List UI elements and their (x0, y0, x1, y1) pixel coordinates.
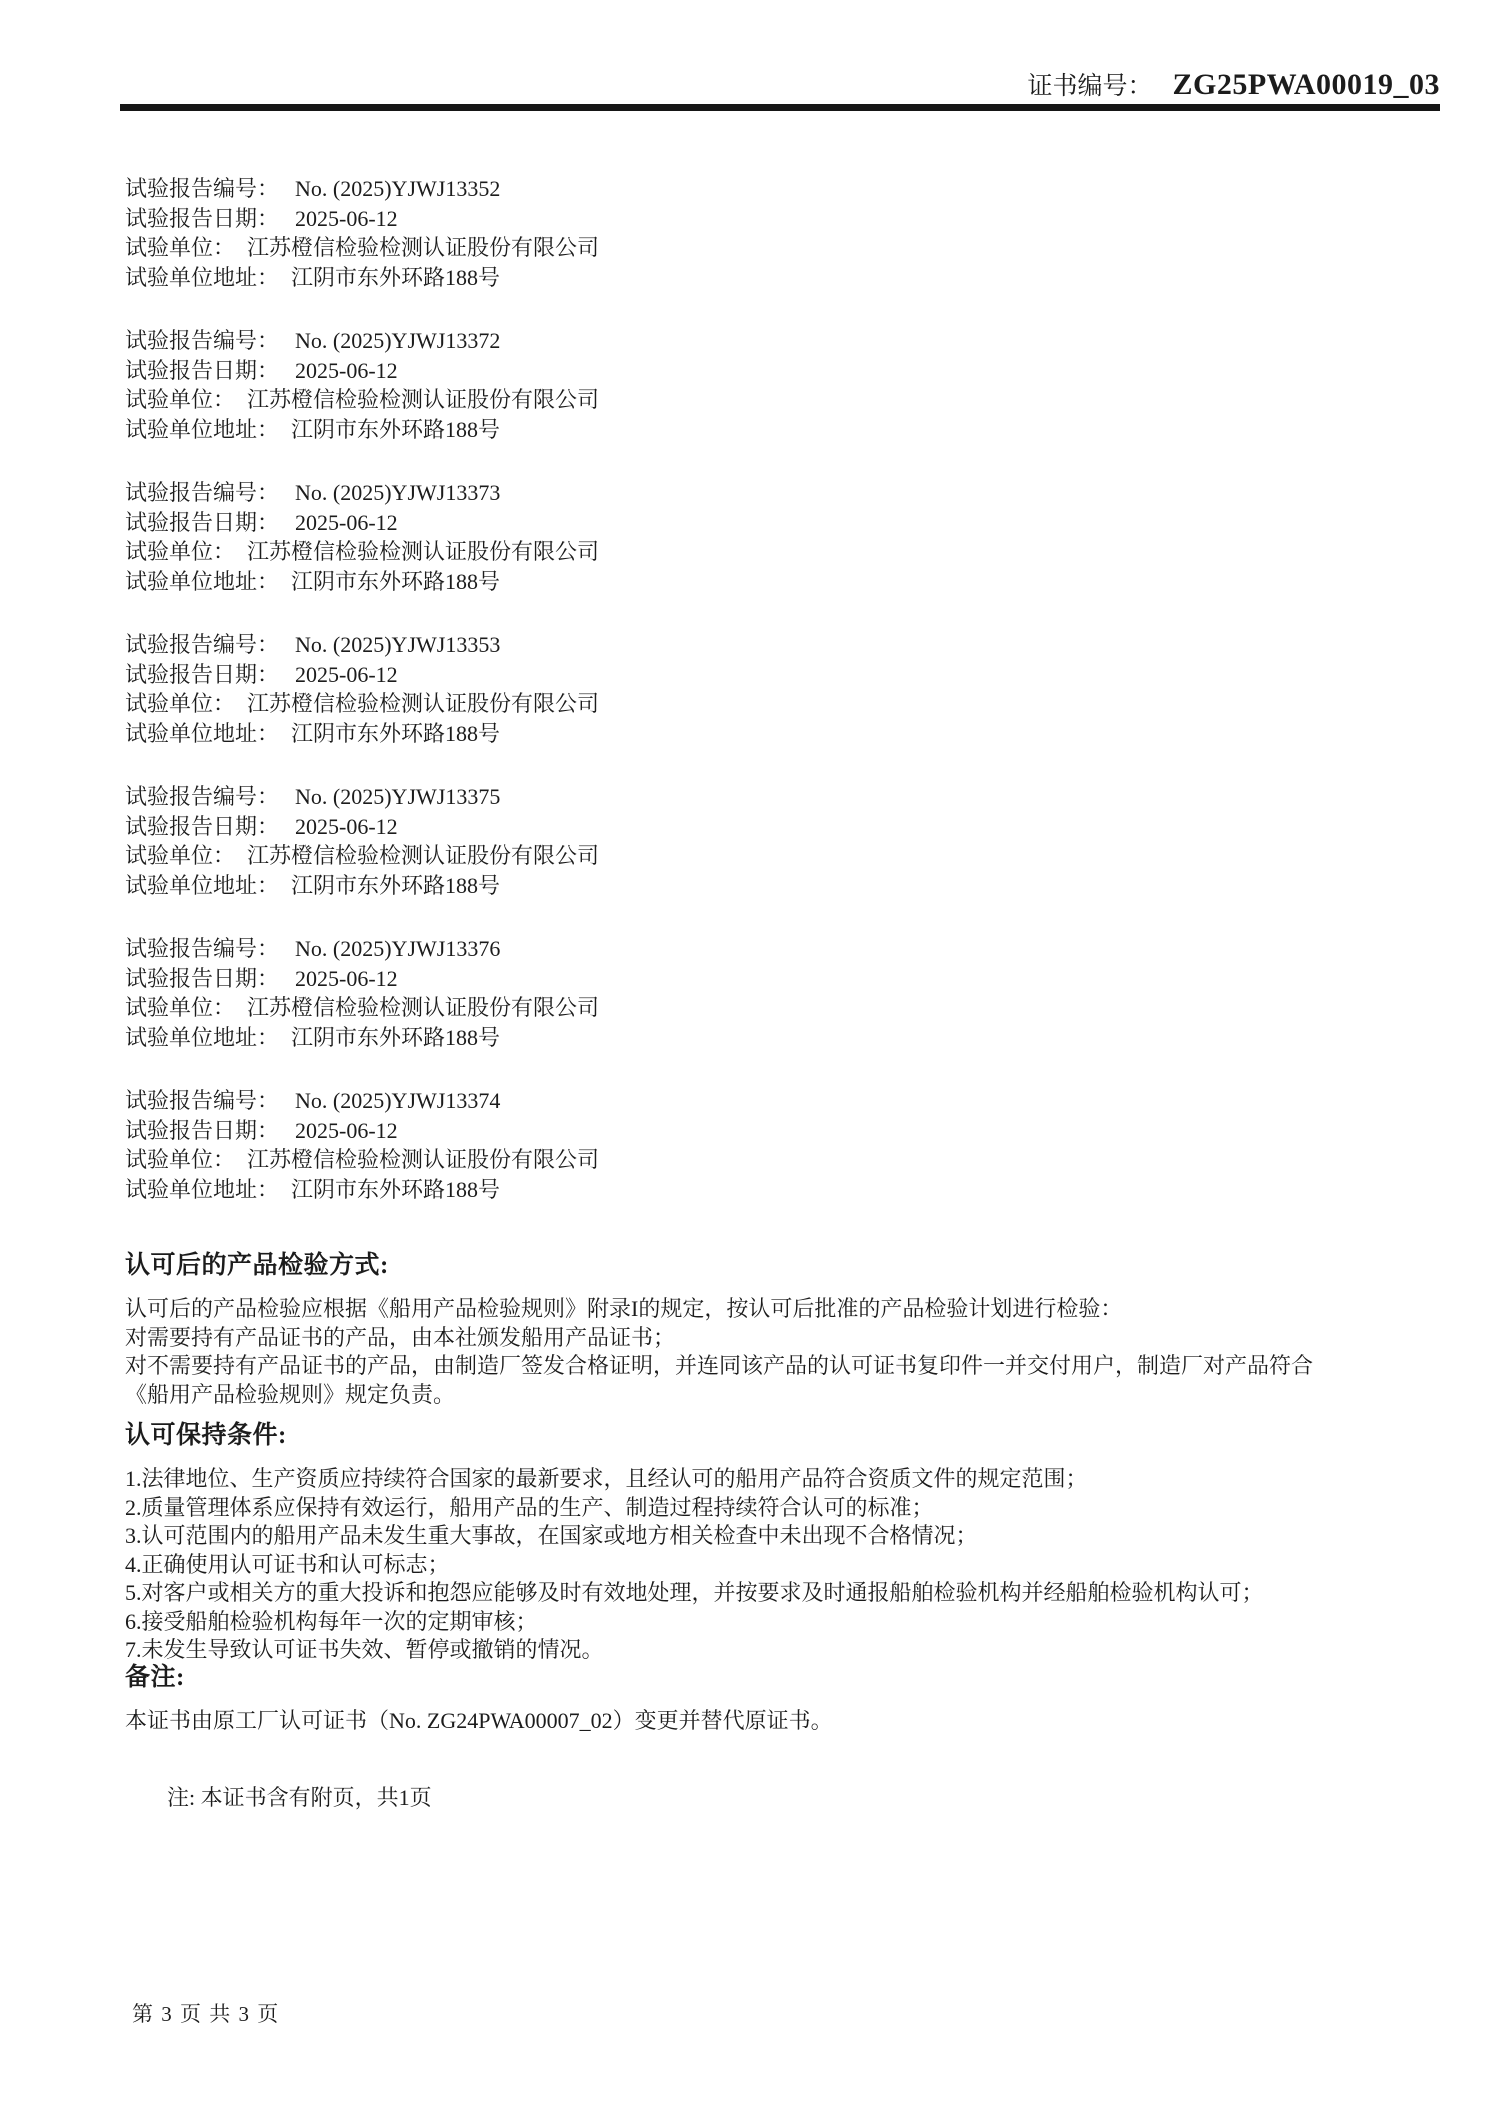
test-unit-address-value: 江阴市东外环路188号 (291, 1177, 500, 1202)
report-no-value: No. (2025)YJWJ13376 (295, 936, 500, 961)
remarks-section: 备注: 本证书由原工厂认可证书（No. ZG24PWA00007_02）变更并替… (125, 1662, 1430, 1736)
approval-conditions-section: 认可保持条件: 1.法律地位、生产资质应持续符合国家的最新要求，且经认可的船用产… (125, 1420, 1430, 1665)
report-blocks: 试验报告编号：No. (2025)YJWJ13352 试验报告日期：2025-0… (125, 174, 599, 1238)
cert-no-label: 证书编号： (1027, 66, 1152, 102)
report-block: 试验报告编号：No. (2025)YJWJ13372 试验报告日期：2025-0… (125, 326, 599, 444)
approval-conditions-title: 认可保持条件: (125, 1420, 1430, 1452)
inspection-method-section: 认可后的产品检验方式: 认可后的产品检验应根据《船用产品检验规则》附录I的规定，… (125, 1250, 1430, 1409)
report-no-line: 试验报告编号：No. (2025)YJWJ13375 (125, 782, 599, 812)
report-no-line: 试验报告编号：No. (2025)YJWJ13352 (125, 174, 599, 204)
report-date-line: 试验报告日期：2025-06-12 (125, 1116, 599, 1146)
report-block: 试验报告编号：No. (2025)YJWJ13373 试验报告日期：2025-0… (125, 478, 599, 596)
test-unit-address-line: 试验单位地址：江阴市东外环路188号 (125, 1175, 599, 1205)
report-no-label: 试验报告编号： (125, 480, 279, 505)
report-date-value: 2025-06-12 (295, 510, 398, 535)
report-no-value: No. (2025)YJWJ13374 (295, 1088, 500, 1113)
test-unit-address-label: 试验单位地址： (125, 1025, 279, 1050)
test-unit-value: 江苏橙信检验检测认证股份有限公司 (247, 843, 599, 868)
attachment-note: 注: 本证书含有附页，共1页 (167, 1781, 432, 1812)
test-unit-label: 试验单位： (125, 235, 235, 260)
test-unit-line: 试验单位：江苏橙信检验检测认证股份有限公司 (125, 993, 599, 1023)
report-date-line: 试验报告日期：2025-06-12 (125, 660, 599, 690)
test-unit-label: 试验单位： (125, 539, 235, 564)
test-unit-value: 江苏橙信检验检测认证股份有限公司 (247, 235, 599, 260)
test-unit-address-label: 试验单位地址： (125, 1177, 279, 1202)
inspection-method-title: 认可后的产品检验方式: (125, 1250, 1430, 1282)
report-no-label: 试验报告编号： (125, 328, 279, 353)
report-no-label: 试验报告编号： (125, 176, 279, 201)
report-date-value: 2025-06-12 (295, 1118, 398, 1143)
approval-condition-item: 4.正确使用认可证书和认可标志； (125, 1551, 1430, 1580)
cert-no-value: ZG25PWA00019_03 (1172, 68, 1440, 102)
test-unit-label: 试验单位： (125, 691, 235, 716)
report-no-value: No. (2025)YJWJ13375 (295, 784, 500, 809)
test-unit-address-label: 试验单位地址： (125, 721, 279, 746)
approval-condition-item: 3.认可范围内的船用产品未发生重大事故，在国家或地方相关检查中未出现不合格情况； (125, 1522, 1430, 1551)
page-number: 第 3 页 共 3 页 (132, 1998, 280, 2028)
test-unit-address-label: 试验单位地址： (125, 873, 279, 898)
report-no-line: 试验报告编号：No. (2025)YJWJ13374 (125, 1086, 599, 1116)
test-unit-label: 试验单位： (125, 1147, 235, 1172)
report-no-label: 试验报告编号： (125, 784, 279, 809)
header-rule (120, 104, 1440, 111)
report-no-line: 试验报告编号：No. (2025)YJWJ13372 (125, 326, 599, 356)
certificate-page: 证书编号： ZG25PWA00019_03 试验报告编号：No. (2025)Y… (0, 0, 1500, 2123)
test-unit-address-value: 江阴市东外环路188号 (291, 265, 500, 290)
report-date-label: 试验报告日期： (125, 510, 279, 535)
test-unit-value: 江苏橙信检验检测认证股份有限公司 (247, 539, 599, 564)
test-unit-address-line: 试验单位地址：江阴市东外环路188号 (125, 1023, 599, 1053)
report-no-line: 试验报告编号：No. (2025)YJWJ13353 (125, 630, 599, 660)
test-unit-label: 试验单位： (125, 843, 235, 868)
report-date-value: 2025-06-12 (295, 814, 398, 839)
test-unit-line: 试验单位：江苏橙信检验检测认证股份有限公司 (125, 385, 599, 415)
approval-condition-item: 7.未发生导致认可证书失效、暂停或撤销的情况。 (125, 1636, 1430, 1665)
test-unit-address-line: 试验单位地址：江阴市东外环路188号 (125, 871, 599, 901)
report-no-value: No. (2025)YJWJ13373 (295, 480, 500, 505)
test-unit-label: 试验单位： (125, 387, 235, 412)
test-unit-value: 江苏橙信检验检测认证股份有限公司 (247, 691, 599, 716)
test-unit-address-value: 江阴市东外环路188号 (291, 873, 500, 898)
test-unit-address-line: 试验单位地址：江阴市东外环路188号 (125, 719, 599, 749)
report-date-value: 2025-06-12 (295, 662, 398, 687)
report-date-line: 试验报告日期：2025-06-12 (125, 964, 599, 994)
test-unit-line: 试验单位：江苏橙信检验检测认证股份有限公司 (125, 841, 599, 871)
approval-condition-item: 5.对客户或相关方的重大投诉和抱怨应能够及时有效地处理，并按要求及时通报船舶检验… (125, 1579, 1430, 1608)
test-unit-line: 试验单位：江苏橙信检验检测认证股份有限公司 (125, 537, 599, 567)
report-block: 试验报告编号：No. (2025)YJWJ13376 试验报告日期：2025-0… (125, 934, 599, 1052)
report-date-label: 试验报告日期： (125, 966, 279, 991)
test-unit-line: 试验单位：江苏橙信检验检测认证股份有限公司 (125, 689, 599, 719)
report-no-label: 试验报告编号： (125, 632, 279, 657)
report-date-label: 试验报告日期： (125, 662, 279, 687)
approval-condition-item: 6.接受船舶检验机构每年一次的定期审核； (125, 1608, 1430, 1637)
report-block: 试验报告编号：No. (2025)YJWJ13353 试验报告日期：2025-0… (125, 630, 599, 748)
test-unit-address-value: 江阴市东外环路188号 (291, 721, 500, 746)
report-block: 试验报告编号：No. (2025)YJWJ13375 试验报告日期：2025-0… (125, 782, 599, 900)
report-date-label: 试验报告日期： (125, 1118, 279, 1143)
test-unit-address-value: 江阴市东外环路188号 (291, 417, 500, 442)
test-unit-address-line: 试验单位地址：江阴市东外环路188号 (125, 415, 599, 445)
test-unit-address-label: 试验单位地址： (125, 265, 279, 290)
report-date-label: 试验报告日期： (125, 206, 279, 231)
report-date-value: 2025-06-12 (295, 206, 398, 231)
report-date-label: 试验报告日期： (125, 814, 279, 839)
test-unit-value: 江苏橙信检验检测认证股份有限公司 (247, 995, 599, 1020)
inspection-method-line: 《船用产品检验规则》规定负责。 (125, 1381, 1430, 1410)
report-no-value: No. (2025)YJWJ13372 (295, 328, 500, 353)
remarks-title: 备注: (125, 1662, 1430, 1694)
report-date-line: 试验报告日期：2025-06-12 (125, 508, 599, 538)
test-unit-address-label: 试验单位地址： (125, 569, 279, 594)
test-unit-line: 试验单位：江苏橙信检验检测认证股份有限公司 (125, 1145, 599, 1175)
report-no-line: 试验报告编号：No. (2025)YJWJ13373 (125, 478, 599, 508)
report-no-label: 试验报告编号： (125, 936, 279, 961)
report-block: 试验报告编号：No. (2025)YJWJ13374 试验报告日期：2025-0… (125, 1086, 599, 1204)
inspection-method-line: 认可后的产品检验应根据《船用产品检验规则》附录I的规定，按认可后批准的产品检验计… (125, 1295, 1430, 1324)
approval-condition-item: 1.法律地位、生产资质应持续符合国家的最新要求，且经认可的船用产品符合资质文件的… (125, 1465, 1430, 1494)
report-no-value: No. (2025)YJWJ13353 (295, 632, 500, 657)
test-unit-address-label: 试验单位地址： (125, 417, 279, 442)
test-unit-value: 江苏橙信检验检测认证股份有限公司 (247, 1147, 599, 1172)
report-date-line: 试验报告日期：2025-06-12 (125, 204, 599, 234)
remarks-body: 本证书由原工厂认可证书（No. ZG24PWA00007_02）变更并替代原证书… (125, 1707, 1430, 1736)
report-date-value: 2025-06-12 (295, 966, 398, 991)
approval-condition-item: 2.质量管理体系应保持有效运行，船用产品的生产、制造过程持续符合认可的标准； (125, 1494, 1430, 1523)
test-unit-address-line: 试验单位地址：江阴市东外环路188号 (125, 263, 599, 293)
inspection-method-line: 对不需要持有产品证书的产品，由制造厂签发合格证明，并连同该产品的认可证书复印件一… (125, 1352, 1430, 1381)
report-date-value: 2025-06-12 (295, 358, 398, 383)
report-no-line: 试验报告编号：No. (2025)YJWJ13376 (125, 934, 599, 964)
test-unit-label: 试验单位： (125, 995, 235, 1020)
test-unit-line: 试验单位：江苏橙信检验检测认证股份有限公司 (125, 233, 599, 263)
report-date-line: 试验报告日期：2025-06-12 (125, 812, 599, 842)
header: 证书编号： ZG25PWA00019_03 (1027, 66, 1440, 102)
report-date-line: 试验报告日期：2025-06-12 (125, 356, 599, 386)
test-unit-value: 江苏橙信检验检测认证股份有限公司 (247, 387, 599, 412)
report-block: 试验报告编号：No. (2025)YJWJ13352 试验报告日期：2025-0… (125, 174, 599, 292)
report-no-value: No. (2025)YJWJ13352 (295, 176, 500, 201)
test-unit-address-value: 江阴市东外环路188号 (291, 569, 500, 594)
test-unit-address-value: 江阴市东外环路188号 (291, 1025, 500, 1050)
inspection-method-line: 对需要持有产品证书的产品，由本社颁发船用产品证书； (125, 1324, 1430, 1353)
report-date-label: 试验报告日期： (125, 358, 279, 383)
report-no-label: 试验报告编号： (125, 1088, 279, 1113)
test-unit-address-line: 试验单位地址：江阴市东外环路188号 (125, 567, 599, 597)
